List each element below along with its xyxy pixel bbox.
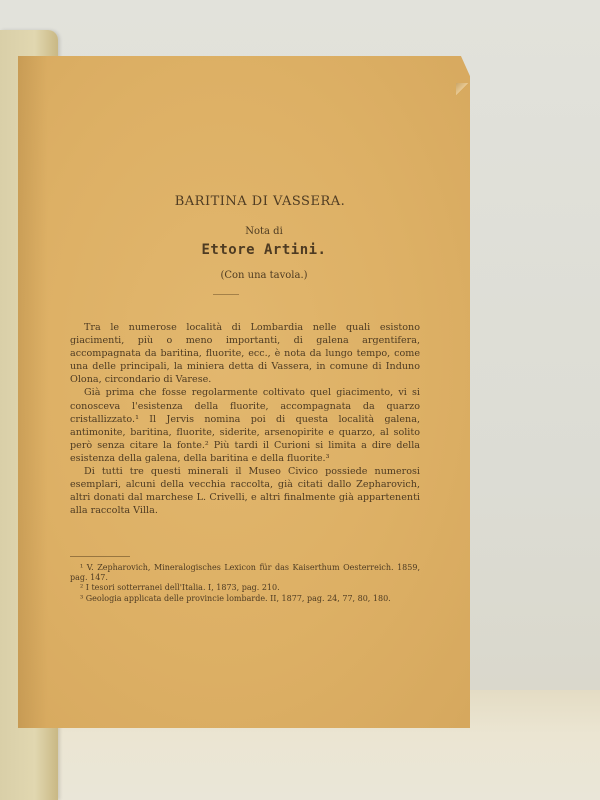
title-divider xyxy=(213,294,239,295)
footnote: ¹ V. Zepharovich, Mineralogisches Lexico… xyxy=(70,563,420,583)
paragraph: Già prima che fosse regolarmente coltiva… xyxy=(70,386,420,465)
document-title: BARITINA DI VASSERA. xyxy=(0,194,470,209)
footnote-divider xyxy=(70,556,130,557)
page-corner-fold xyxy=(456,83,468,95)
nota-label: Nota di xyxy=(0,226,470,237)
paragraph: Tra le numerose località di Lombardia ne… xyxy=(70,321,420,386)
footnotes: ¹ V. Zepharovich, Mineralogisches Lexico… xyxy=(70,563,420,604)
body-text: Tra le numerose località di Lombardia ne… xyxy=(70,321,420,517)
footnote: ³ Geologia applicata delle provincie lom… xyxy=(70,594,420,604)
footnote: ² I tesori sotterranei dell'Italia. I, 1… xyxy=(70,583,420,593)
author-name: Ettore Artini. xyxy=(0,242,470,258)
subtitle: (Con una tavola.) xyxy=(0,270,470,281)
paragraph: Di tutti tre questi minerali il Museo Ci… xyxy=(70,465,420,517)
page-shadow xyxy=(18,56,48,728)
